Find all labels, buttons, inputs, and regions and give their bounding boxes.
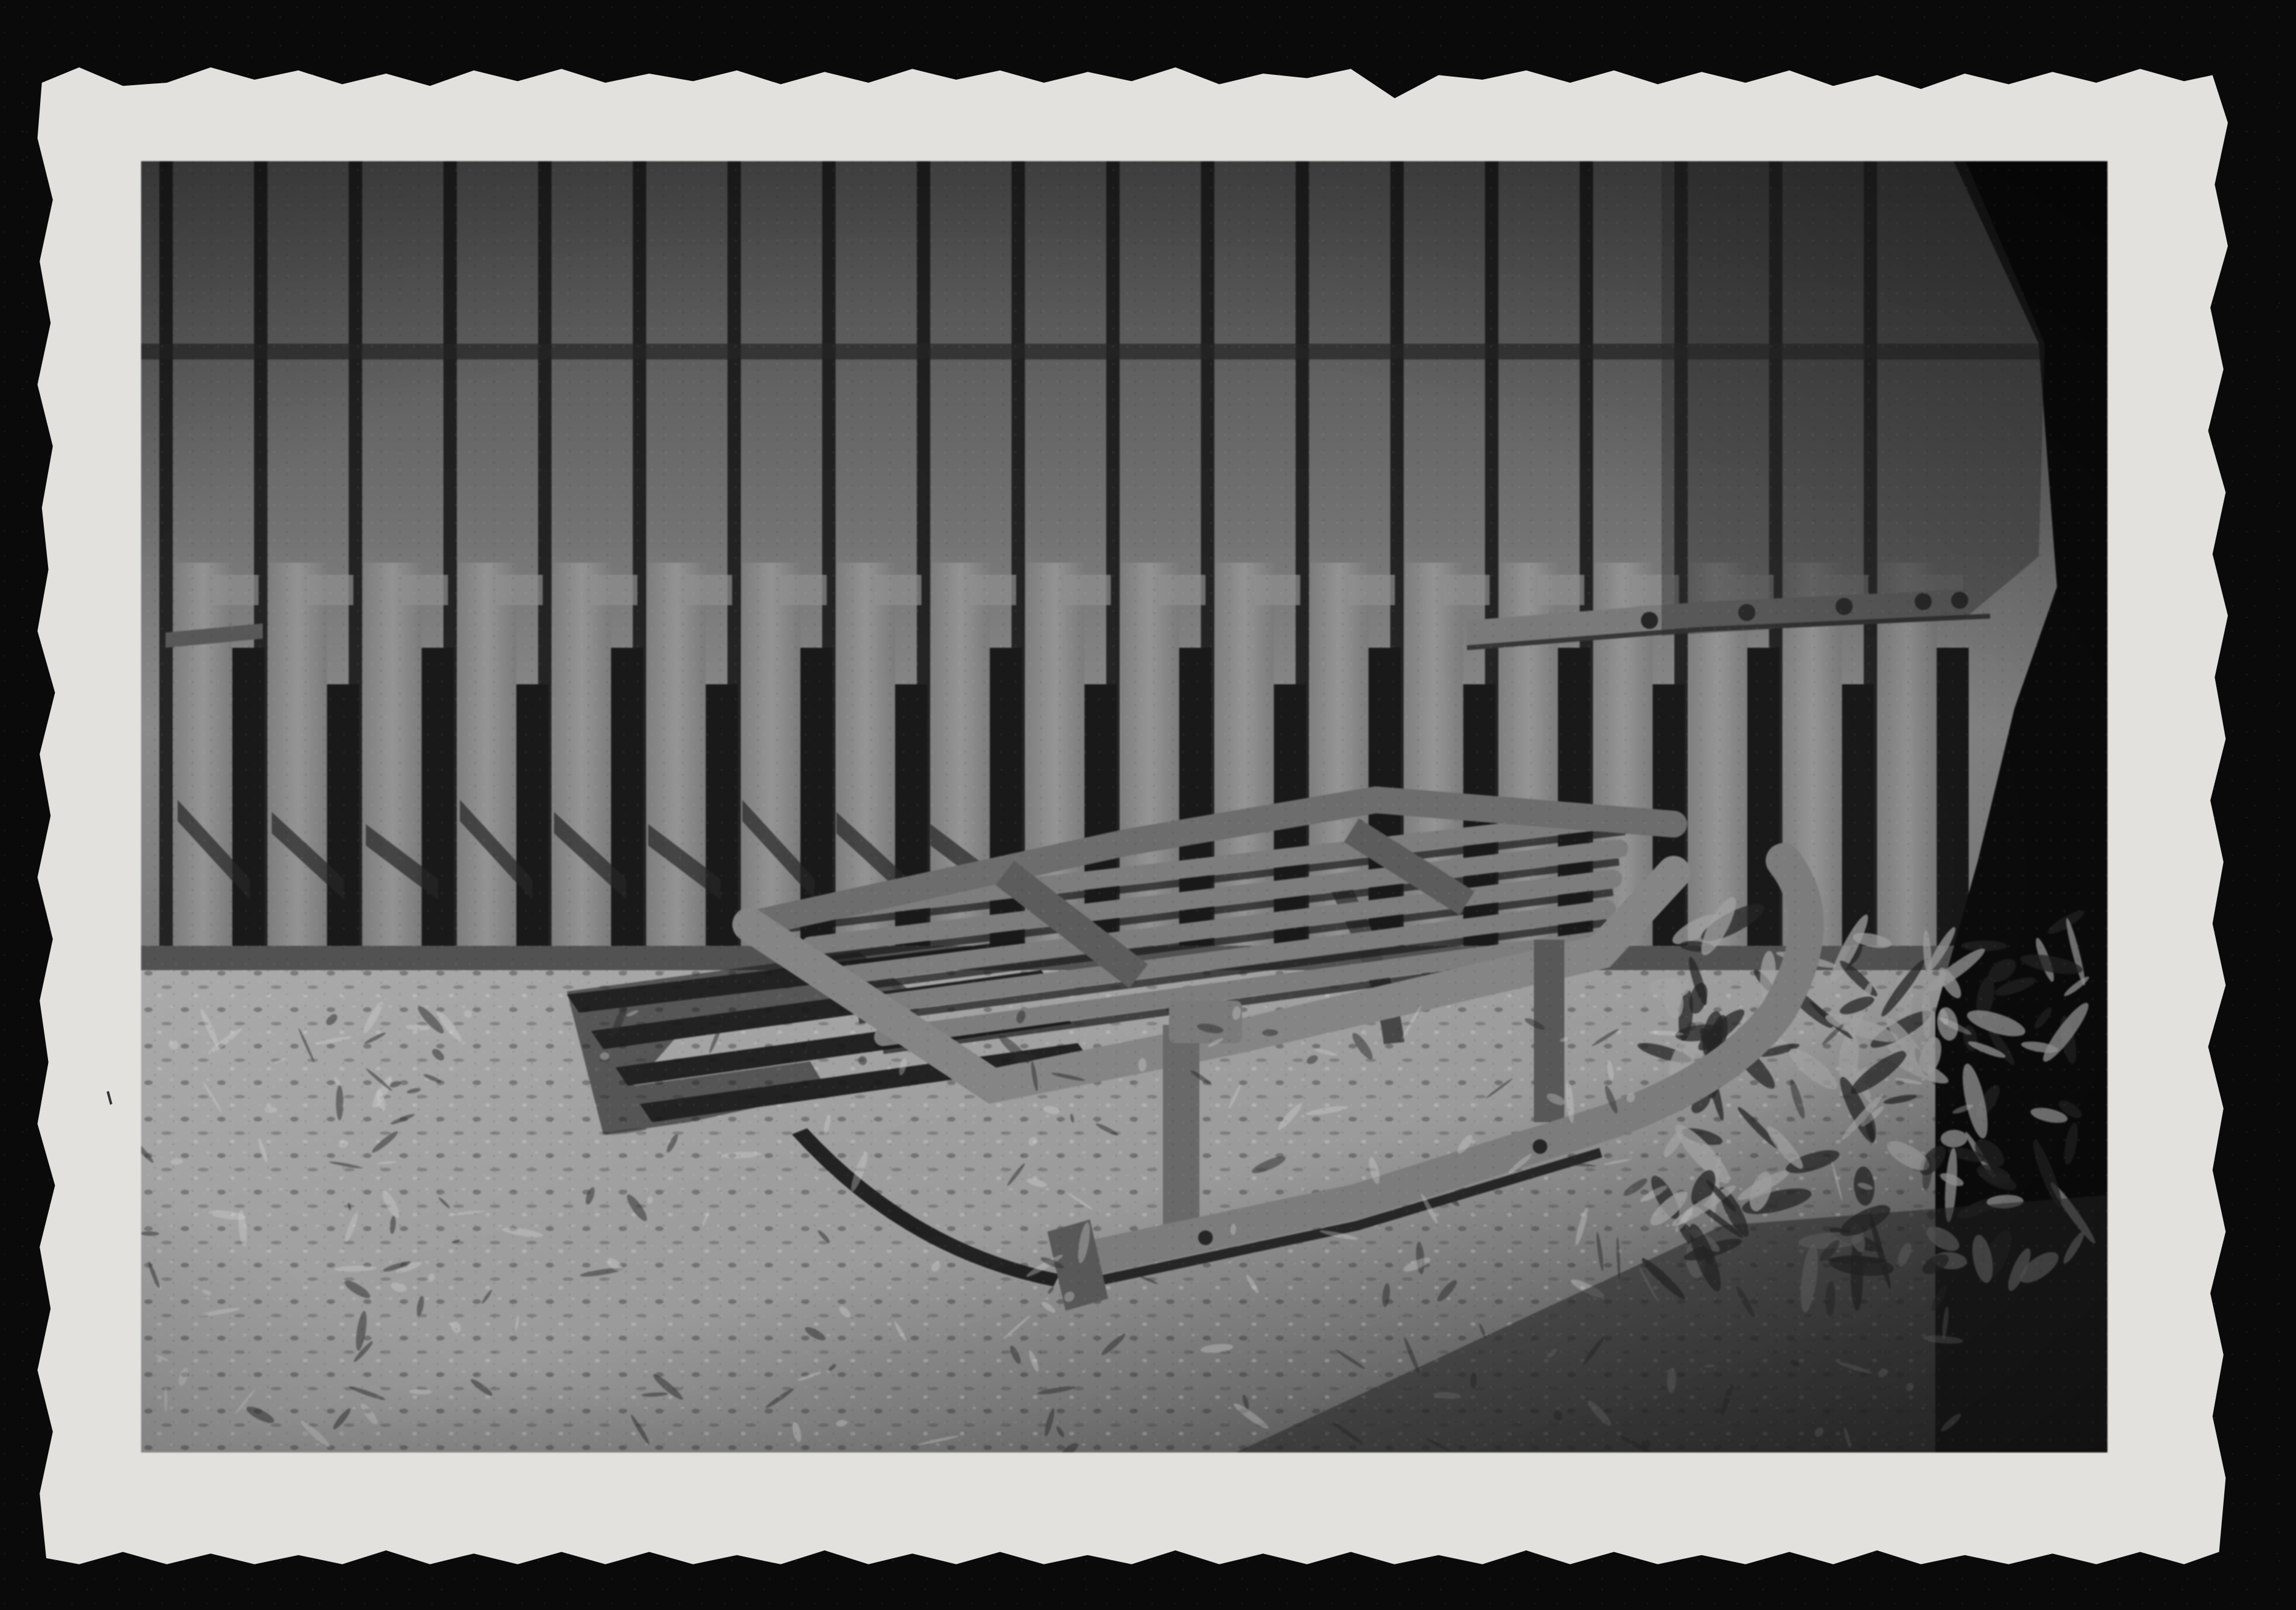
photo-scene bbox=[141, 161, 2107, 1452]
photograph bbox=[141, 161, 2107, 1452]
